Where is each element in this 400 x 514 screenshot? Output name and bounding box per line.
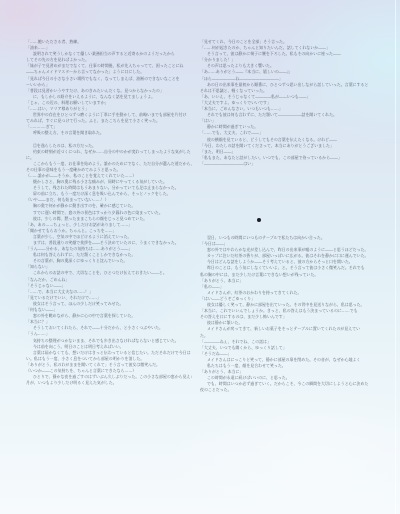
- section-break-bullet-icon: [257, 218, 261, 222]
- text-line: あの日の出来事を最初から順番に、ひとつずつ思い出しながら話していった。言葉にする…: [200, 82, 368, 88]
- text-line: 月が、いつもより少しだけ明るく見えた気がした。: [26, 380, 192, 386]
- novel-page: 「……飽いたださる者、熟練。「油来……」 説明されて笑うしかなくて優しい業務担当…: [0, 0, 400, 514]
- left-text-column: 「……飽いたださる者、熟練。「油来……」 説明されて笑うしかなくて優しい業務担当…: [26, 39, 192, 386]
- text-line: 約束の時刻が近づくにつれ、なぜか……自分の中のかが変わってしまったような気がした: [26, 149, 192, 155]
- page-edge-divider: [395, 0, 396, 514]
- text-line: 言葉は届かなくても、想いだけはきっと伝わっていると信じたい。ただそれだけで今日は: [26, 350, 192, 356]
- right-text-column-top: 「見せてくれ、今日のことを全部」そう言った。「……何が起きたのか、ちゃんと知りた…: [200, 39, 368, 167]
- text-line: メイドさんが戻ってきて、新しいお菓子をそっとテーブルに置いてくれたのが見えてい: [200, 326, 368, 332]
- text-line: 「――――――――――はい」: [200, 161, 368, 167]
- text-line: ここからもう一度、お仕事を始めよう。誰かのためにでなく、ただ自分が選んだ道だから…: [26, 161, 192, 167]
- text-line: 夜のことだった。: [200, 387, 368, 393]
- text-line: 気持ちの整理がつかないまま、それでも歩き出さなければならないと感じていた。: [26, 338, 192, 344]
- text-line: 「見れば今日の小さな小さい場所でもなく、なってしまえば、油断のできないなことを: [26, 76, 192, 82]
- right-text-column-bottom: 翌日、いつもの時間にいつものテーブルで私たちは向かい合った。「今日は――」 窓の…: [200, 235, 368, 393]
- text-line: 昨日のことは、もう気にしなくていいよ、と。そう言って彼は小さく微笑んだ。それでも: [200, 265, 368, 271]
